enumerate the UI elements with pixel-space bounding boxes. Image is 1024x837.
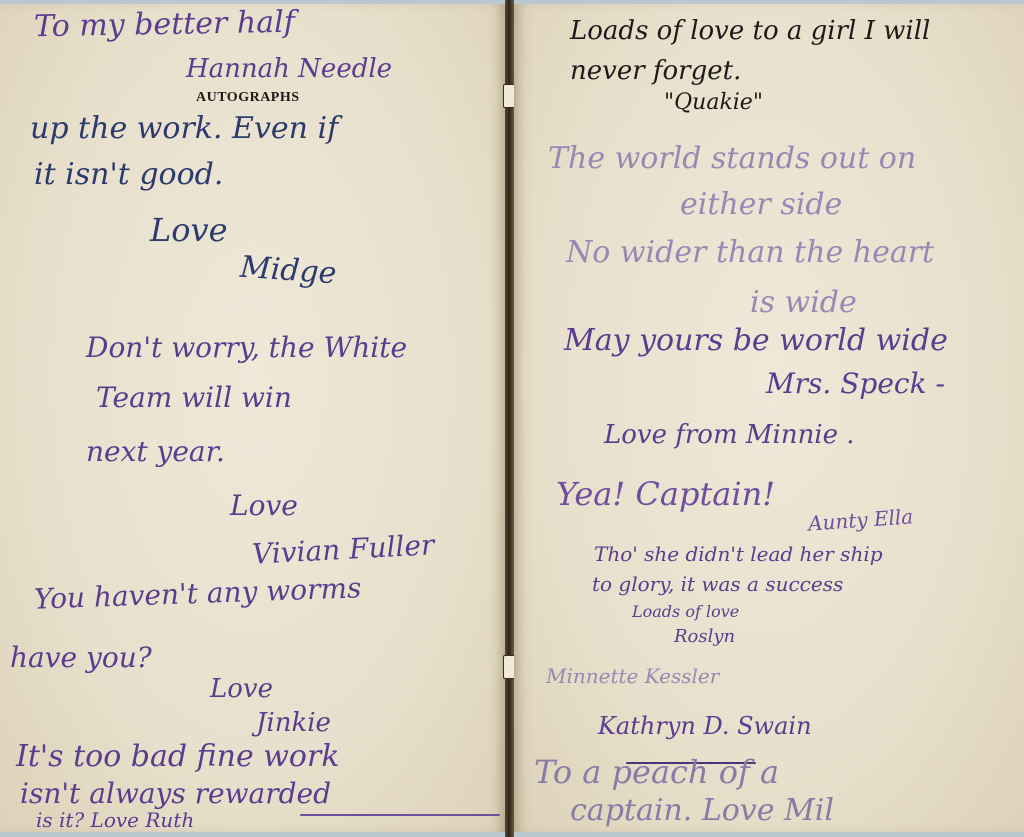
handwritten-line: May yours be world wide — [564, 326, 948, 356]
handwritten-line: To my better half — [34, 8, 295, 43]
ink-underline — [300, 814, 500, 816]
handwritten-line: Team will win — [96, 384, 292, 412]
signature: Minnette Kessler — [546, 666, 719, 686]
handwritten-line: Yea! Captain! — [556, 478, 775, 510]
handwritten-line: next year. — [86, 438, 225, 466]
handwritten-line: to glory, it was a success — [592, 574, 843, 594]
signature: "Quakie" — [664, 92, 763, 114]
handwritten-line: captain. Love Mil — [570, 796, 834, 826]
handwritten-line: is wide — [750, 288, 857, 318]
handwritten-line: is it? Love Ruth — [36, 810, 194, 830]
handwritten-line: Tho' she didn't lead her ship — [594, 544, 883, 564]
handwritten-line: Love — [150, 214, 228, 246]
signature: Aunty Ella — [807, 506, 913, 533]
handwritten-line: To a peach of a — [534, 756, 779, 788]
handwritten-line: have you? — [10, 644, 152, 672]
left-page: AUTOGRAPHS To my better half Hannah Need… — [0, 4, 505, 832]
handwritten-line: Don't worry, the White — [86, 334, 407, 362]
handwritten-line: No wider than the heart — [566, 238, 934, 268]
autograph-book-photo: AUTOGRAPHS To my better half Hannah Need… — [0, 0, 1024, 837]
handwritten-line: isn't always rewarded — [20, 780, 331, 808]
handwritten-line: Love — [210, 676, 273, 702]
right-page: Loads of love to a girl I will never for… — [514, 4, 1024, 832]
handwritten-line: It's too bad fine work — [16, 742, 340, 772]
signature: Mrs. Speck - — [766, 370, 945, 398]
handwritten-line: Love — [230, 492, 298, 520]
signature: Roslyn — [674, 628, 735, 646]
signature: Vivian Fuller — [251, 531, 435, 569]
handwritten-line: never forget. — [570, 58, 741, 84]
book-spine-gutter — [505, 0, 514, 837]
handwritten-line: up the work. Even if — [30, 114, 338, 144]
signature: Midge — [239, 253, 337, 290]
handwritten-line: You haven't any worms — [34, 574, 362, 613]
handwritten-line: either side — [680, 190, 842, 220]
signature: Love from Minnie . — [604, 422, 855, 448]
signature: Jinkie — [256, 710, 331, 736]
printed-heading: AUTOGRAPHS — [196, 90, 300, 106]
handwritten-line: it isn't good. — [34, 160, 223, 190]
handwritten-line: Loads of love to a girl I will — [570, 18, 930, 44]
handwritten-line: Loads of love — [632, 604, 739, 620]
signature: Kathryn D. Swain — [598, 714, 812, 738]
handwritten-line: The world stands out on — [548, 144, 916, 174]
signature: Hannah Needle — [186, 56, 392, 82]
